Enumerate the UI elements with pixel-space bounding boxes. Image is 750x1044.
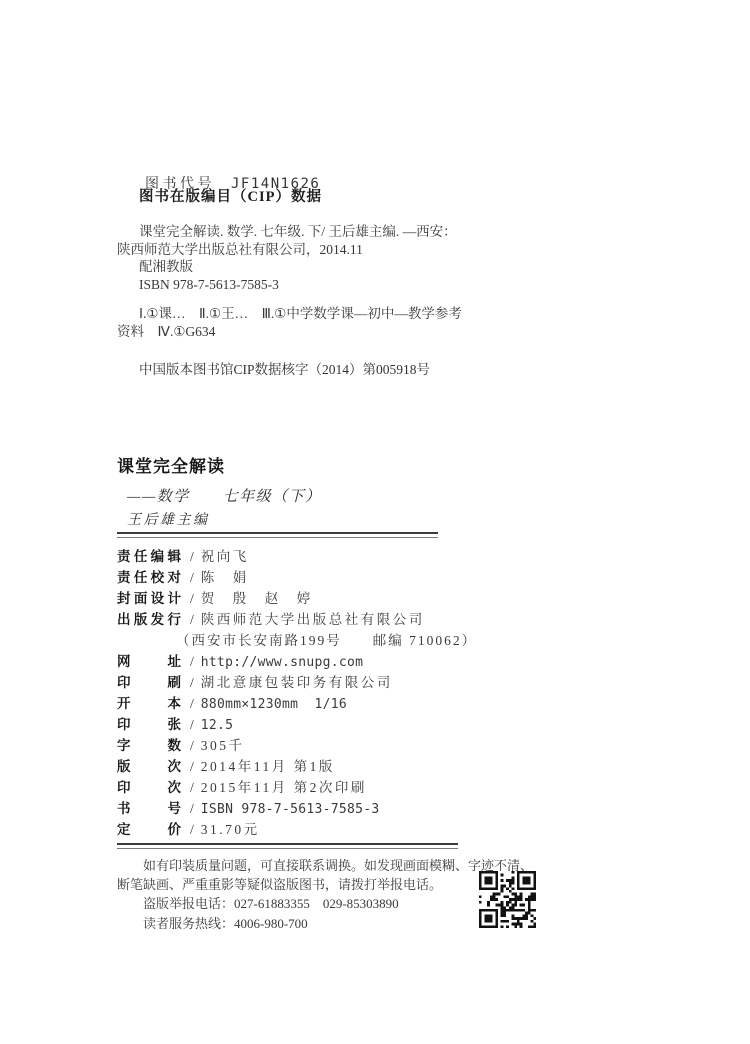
label-value-separator: / xyxy=(190,738,194,754)
colophon-row: 封面设计 / 贺 殷 赵 婷 xyxy=(117,587,477,608)
colophon-row-value: 2015年11月 第2次印刷 xyxy=(201,776,367,796)
colophon-row-label: 网址 xyxy=(117,650,181,670)
colophon-row: 责任编辑 / 祝向飞 xyxy=(117,545,477,566)
colophon-row-label: 印次 xyxy=(117,776,181,796)
divider-double-rule-top xyxy=(117,532,438,538)
colophon-row-label: 书号 xyxy=(117,797,181,817)
colophon-row: 字数 / 305千 xyxy=(117,734,477,755)
book-title: 课堂完全解读 xyxy=(117,457,225,477)
colophon-row-value: 祝向飞 xyxy=(201,545,249,565)
label-value-separator: / xyxy=(190,780,194,796)
label-value-separator: / xyxy=(190,801,194,817)
label-value-separator: / xyxy=(190,591,194,607)
label-value-separator: / xyxy=(190,612,194,628)
notice-line: 盗版举报电话：027-61883355 029-85303890 xyxy=(117,894,533,913)
divider-double-rule-bottom xyxy=(117,843,458,849)
colophon-row: 责任校对 / 陈 娟 xyxy=(117,566,477,587)
cip-header: 图书在版编目（CIP）数据 xyxy=(139,185,322,206)
colophon-row-value: 湖北意康包装印务有限公司 xyxy=(201,671,393,691)
colophon-row-value: http://www.snupg.com xyxy=(201,655,364,670)
colophon-row: 书号 / ISBN 978-7-5613-7585-3 xyxy=(117,797,477,818)
cip-body-line: 陕西师范大学出版总社有限公司，2014.11 xyxy=(117,241,457,259)
qr-code xyxy=(479,871,536,928)
cip-description: 课堂完全解读. 数学. 七年级. 下/ 王后雄主编. —西安：陕西师范大学出版总… xyxy=(117,223,457,293)
book-author: 王后雄主编 xyxy=(127,509,210,529)
label-value-separator: / xyxy=(190,675,194,691)
cip-body-line: ISBN 978-7-5613-7585-3 xyxy=(117,276,457,294)
label-value-separator: / xyxy=(190,822,194,838)
colophon-row: 印次 / 2015年11月 第2次印刷 xyxy=(117,776,477,797)
piracy-notice: 如有印装质量问题，可直接联系调换。如发现画面模糊、字迹不清、断笔缺画、严重重影等… xyxy=(117,856,533,933)
colophon-row-value: 陈 娟 xyxy=(201,566,249,586)
notice-line: 读者服务热线：4006-980-700 xyxy=(117,914,533,933)
notice-line: 如有印装质量问题，可直接联系调换。如发现画面模糊、字迹不清、 xyxy=(117,856,533,875)
cip-classification: Ⅰ.①课… Ⅱ.①王… Ⅲ.①中学数学课—初中—教学参考资料 Ⅳ.①G634 xyxy=(117,305,462,340)
label-value-separator: / xyxy=(190,549,194,565)
colophon-row: 网址 / http://www.snupg.com xyxy=(117,650,477,671)
publisher-address: （西安市长安南路199号 邮编 710062） xyxy=(117,629,477,650)
colophon-row-label: 责任校对 xyxy=(117,566,181,586)
label-value-separator: / xyxy=(190,696,194,712)
colophon-row-value: 贺 殷 赵 婷 xyxy=(201,587,313,607)
colophon-table: 责任编辑 / 祝向飞 责任校对 / 陈 娟 封面设计 / 贺 殷 赵 婷 出版发… xyxy=(117,545,477,839)
colophon-row-label: 字数 xyxy=(117,734,181,754)
colophon-row-label: 版次 xyxy=(117,755,181,775)
copyright-page: 图书代号JF14N1626 图书在版编目（CIP）数据 课堂完全解读. 数学. … xyxy=(0,0,750,1044)
colophon-row-label: 出版发行 xyxy=(117,608,181,628)
cip-class-line: Ⅰ.①课… Ⅱ.①王… Ⅲ.①中学数学课—初中—教学参考 xyxy=(117,305,462,323)
colophon-row-value: ISBN 978-7-5613-7585-3 xyxy=(201,802,380,817)
colophon-row: 定价 / 31.70元 xyxy=(117,818,477,839)
colophon-row: 出版发行 / 陕西师范大学出版总社有限公司 xyxy=(117,608,477,629)
book-subtitle: ——数学 七年级（下） xyxy=(127,485,322,506)
cip-record-number: 中国版本图书馆CIP数据核字（2014）第005918号 xyxy=(139,358,430,378)
cip-body-line: 课堂完全解读. 数学. 七年级. 下/ 王后雄主编. —西安： xyxy=(117,223,457,241)
cip-body-line: 配湘教版 xyxy=(117,258,457,276)
label-value-separator: / xyxy=(190,759,194,775)
label-value-separator: / xyxy=(190,717,194,733)
colophon-row-label: 印张 xyxy=(117,713,181,733)
colophon-row-value: 880mm×1230mm 1/16 xyxy=(201,697,347,712)
colophon-row-label: 定价 xyxy=(117,818,181,838)
colophon-row-value: 12.5 xyxy=(201,718,234,733)
colophon-row-value: 陕西师范大学出版总社有限公司 xyxy=(201,608,425,628)
colophon-row-label: 开本 xyxy=(117,692,181,712)
label-value-separator: / xyxy=(190,570,194,586)
cip-class-line: 资料 Ⅳ.①G634 xyxy=(117,323,462,341)
colophon-row: 版次 / 2014年11月 第1版 xyxy=(117,755,477,776)
colophon-row-label: 责任编辑 xyxy=(117,545,181,565)
colophon-row-value: 2014年11月 第1版 xyxy=(201,755,335,775)
colophon-row-label: 封面设计 xyxy=(117,587,181,607)
label-value-separator: / xyxy=(190,654,194,670)
colophon-row-value: 305千 xyxy=(201,734,245,754)
colophon-row-label: 印刷 xyxy=(117,671,181,691)
colophon-row: 印刷 / 湖北意康包装印务有限公司 xyxy=(117,671,477,692)
colophon-row-value: 31.70元 xyxy=(201,818,260,838)
colophon-row: 印张 / 12.5 xyxy=(117,713,477,734)
notice-line: 断笔缺画、严重重影等疑似盗版图书，请拨打举报电话。 xyxy=(117,875,533,894)
colophon-row: 开本 / 880mm×1230mm 1/16 xyxy=(117,692,477,713)
